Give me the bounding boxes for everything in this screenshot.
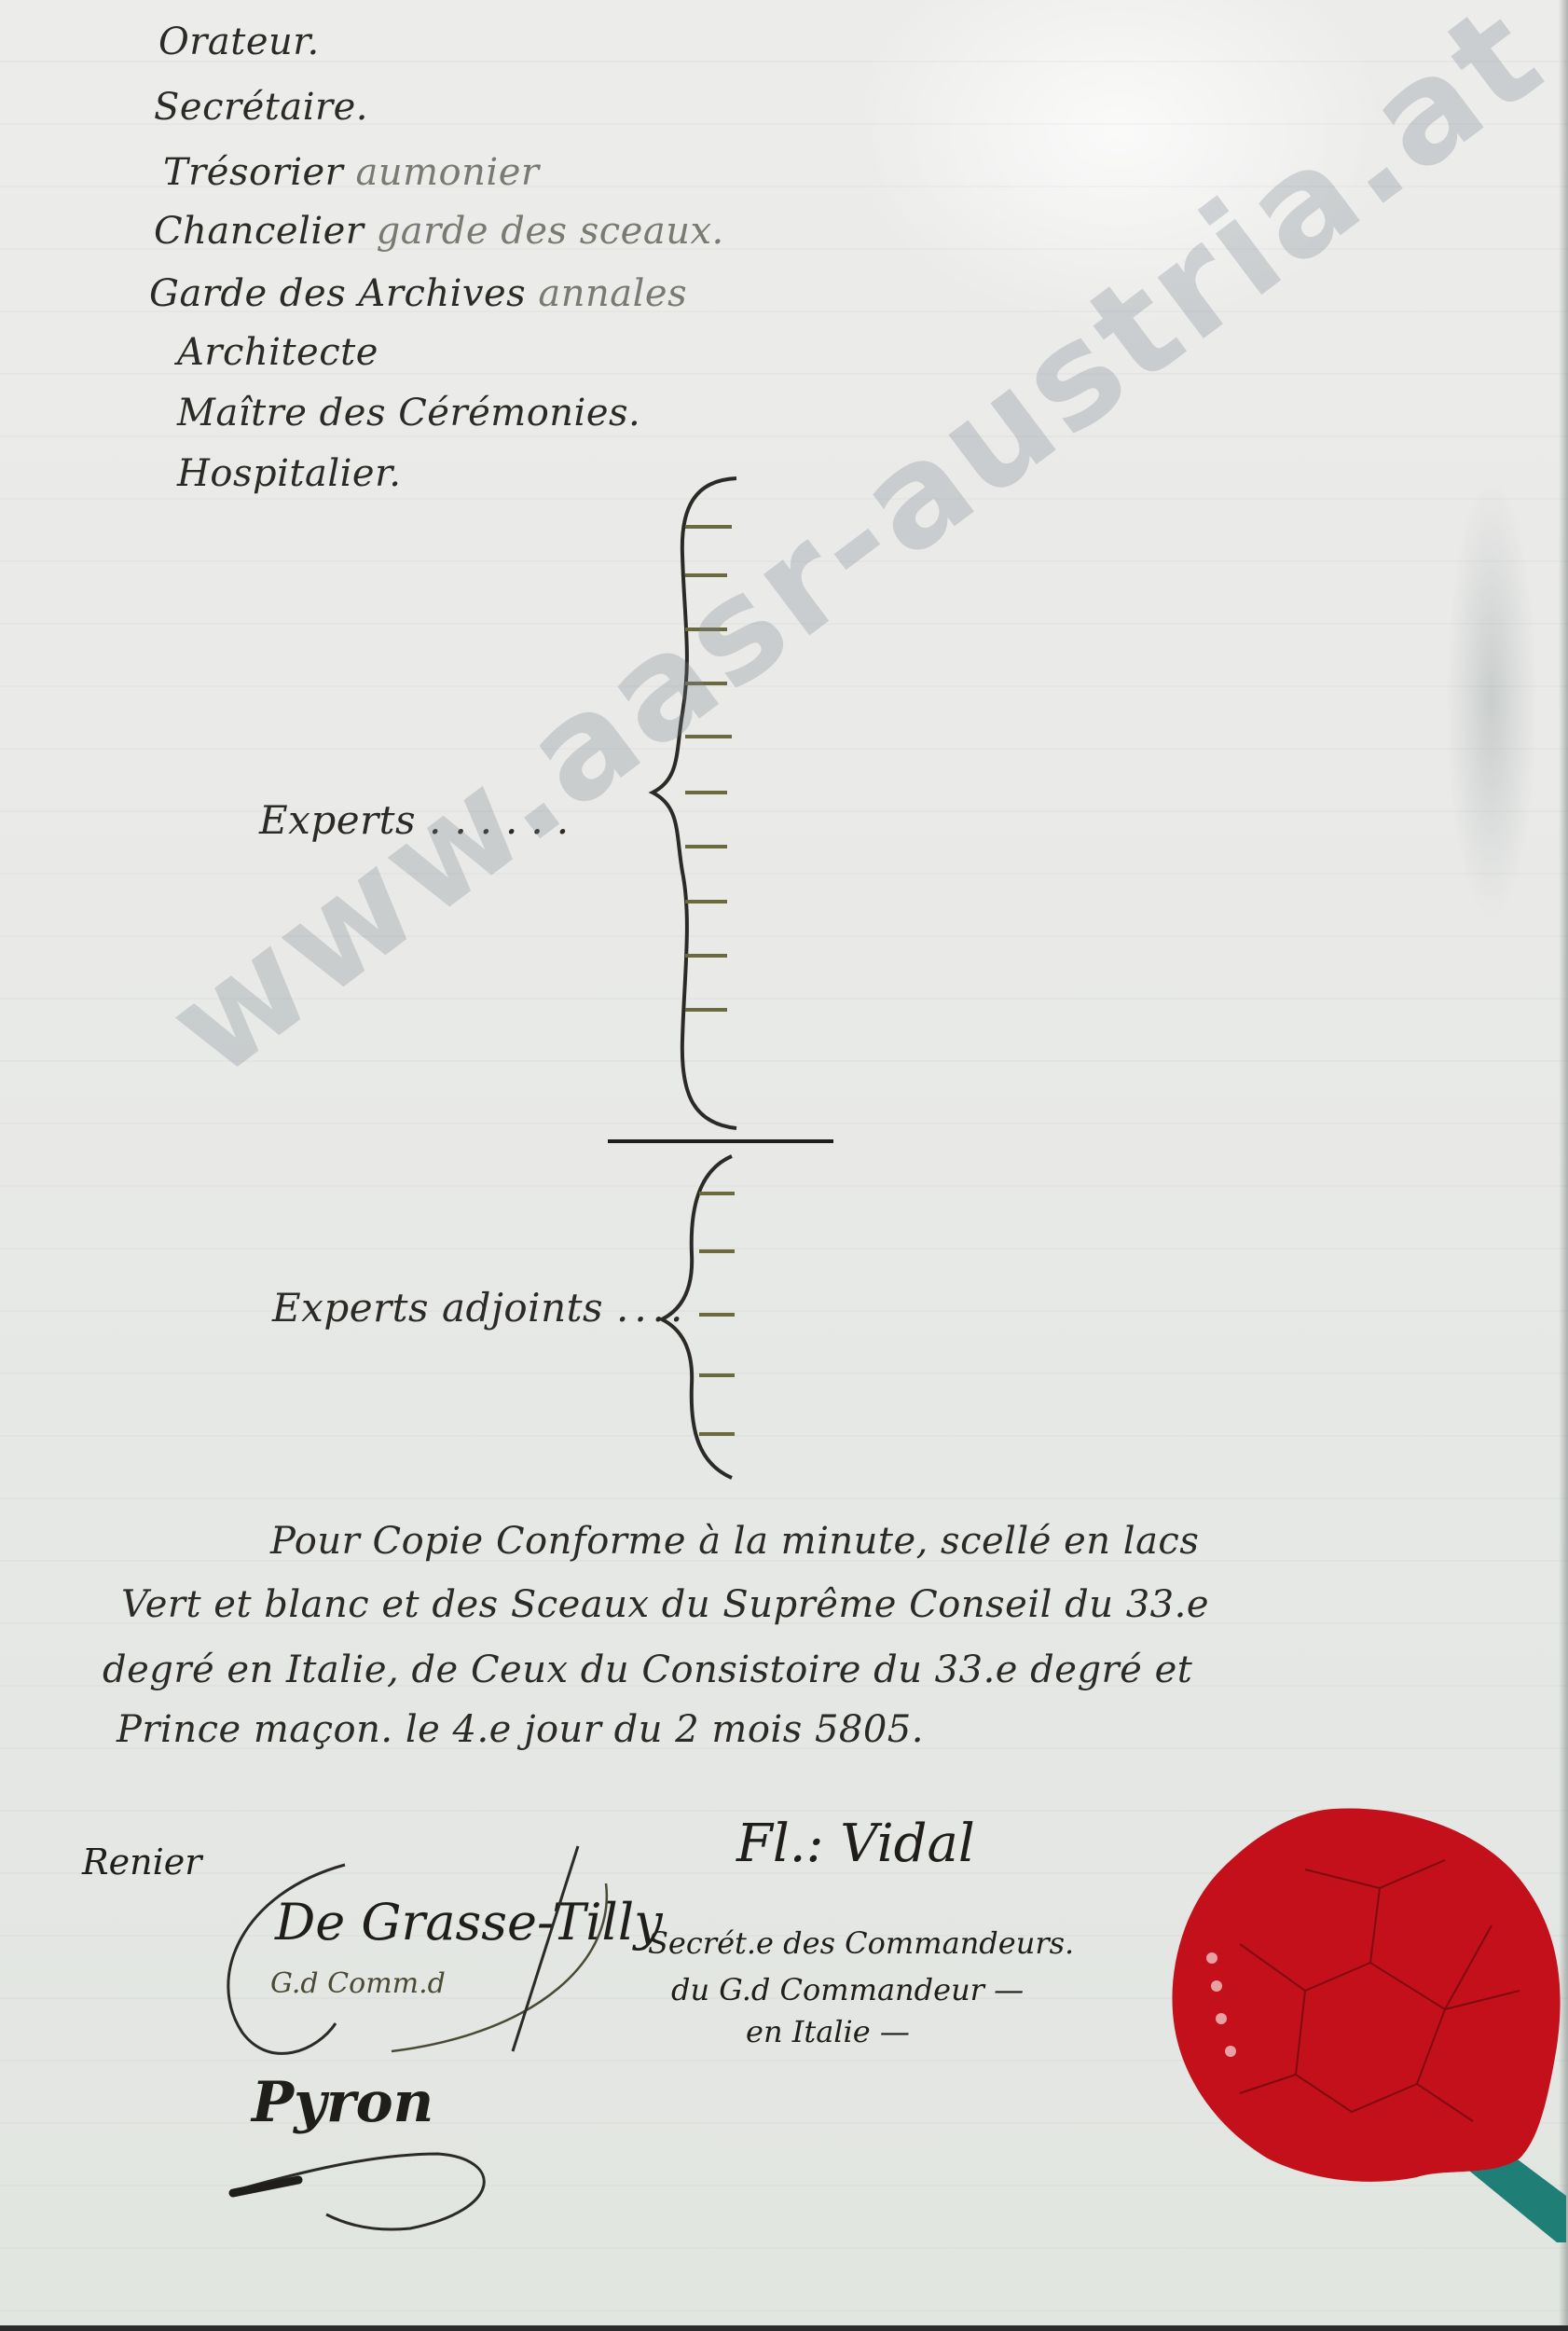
office-secretaire: Secrétaire. bbox=[154, 86, 368, 129]
signature-vidal: Fl.: Vidal bbox=[736, 1814, 975, 1874]
office-title: Maître des Cérémonies. bbox=[177, 392, 640, 434]
office-orateur: Orateur. bbox=[158, 21, 320, 63]
attestation-text: Vert et blanc et des Sceaux du Suprême C… bbox=[121, 1583, 1209, 1626]
manuscript-page: Orateur. Secrétaire. Trésorier aumonier … bbox=[0, 0, 1568, 2331]
attestation-text: Prince maçon. le 4.e jour du 2 mois 5805… bbox=[117, 1708, 924, 1751]
office-garde-archives: Garde des Archives annales bbox=[149, 272, 687, 315]
office-title: Architecte bbox=[177, 331, 378, 374]
vidal-title-line-2: du G.d Commandeur — bbox=[671, 1972, 1024, 2007]
experts-adjoints-label: Experts adjoints .... bbox=[272, 1285, 688, 1331]
attestation-text: degré en Italie, de Ceux du Consistoire … bbox=[103, 1648, 1192, 1691]
attestation-line-1: Pour Copie Conforme à la minute, scellé … bbox=[270, 1510, 1199, 1572]
office-annotation: garde des sceaux. bbox=[377, 210, 724, 253]
signature-renier: Renier bbox=[82, 1841, 201, 1883]
signature-pyron: Pyron bbox=[252, 2070, 433, 2135]
office-title: Trésorier bbox=[163, 151, 343, 194]
office-maitre-ceremonies: Maître des Cérémonies. bbox=[177, 392, 640, 434]
office-title: Orateur. bbox=[158, 21, 320, 63]
experts-adjoints-blank-lines bbox=[699, 1193, 735, 1434]
office-title: Chancelier bbox=[154, 210, 364, 253]
office-title: Hospitalier. bbox=[177, 452, 402, 495]
experts-adjoints-brace-icon bbox=[653, 1152, 764, 1487]
office-annotation: annales bbox=[538, 272, 687, 315]
pyron-flourish-icon bbox=[224, 2135, 541, 2247]
separator-line bbox=[608, 1139, 833, 1143]
vidal-title-line-3: en Italie — bbox=[746, 2014, 910, 2049]
office-hospitalier: Hospitalier. bbox=[177, 452, 402, 495]
office-tresorier: Trésorier aumonier bbox=[163, 151, 539, 194]
office-title: Garde des Archives bbox=[149, 272, 526, 315]
paper-stain bbox=[1436, 280, 1566, 1119]
office-architecte: Architecte bbox=[177, 331, 378, 374]
wax-seal-icon bbox=[1165, 1804, 1566, 2252]
office-title: Secrétaire. bbox=[154, 86, 368, 129]
attestation-text: Pour Copie Conforme à la minute, scellé … bbox=[270, 1520, 1199, 1563]
attestation-line-3: degré en Italie, de Ceux du Consistoire … bbox=[103, 1639, 1192, 1701]
vidal-title-line-1: Secrét.e des Commandeurs. bbox=[648, 1925, 1074, 1961]
signature-flourish-icon bbox=[205, 1818, 634, 2098]
office-annotation: aumonier bbox=[356, 151, 540, 194]
office-chancelier: Chancelier garde des sceaux. bbox=[154, 210, 724, 253]
page-bottom-edge bbox=[0, 2325, 1568, 2331]
experts-adjoints-label-text: Experts adjoints bbox=[272, 1285, 603, 1331]
attestation-line-2: Vert et blanc et des Sceaux du Suprême C… bbox=[121, 1574, 1209, 1635]
attestation-line-4: Prince maçon. le 4.e jour du 2 mois 5805… bbox=[117, 1699, 924, 1760]
